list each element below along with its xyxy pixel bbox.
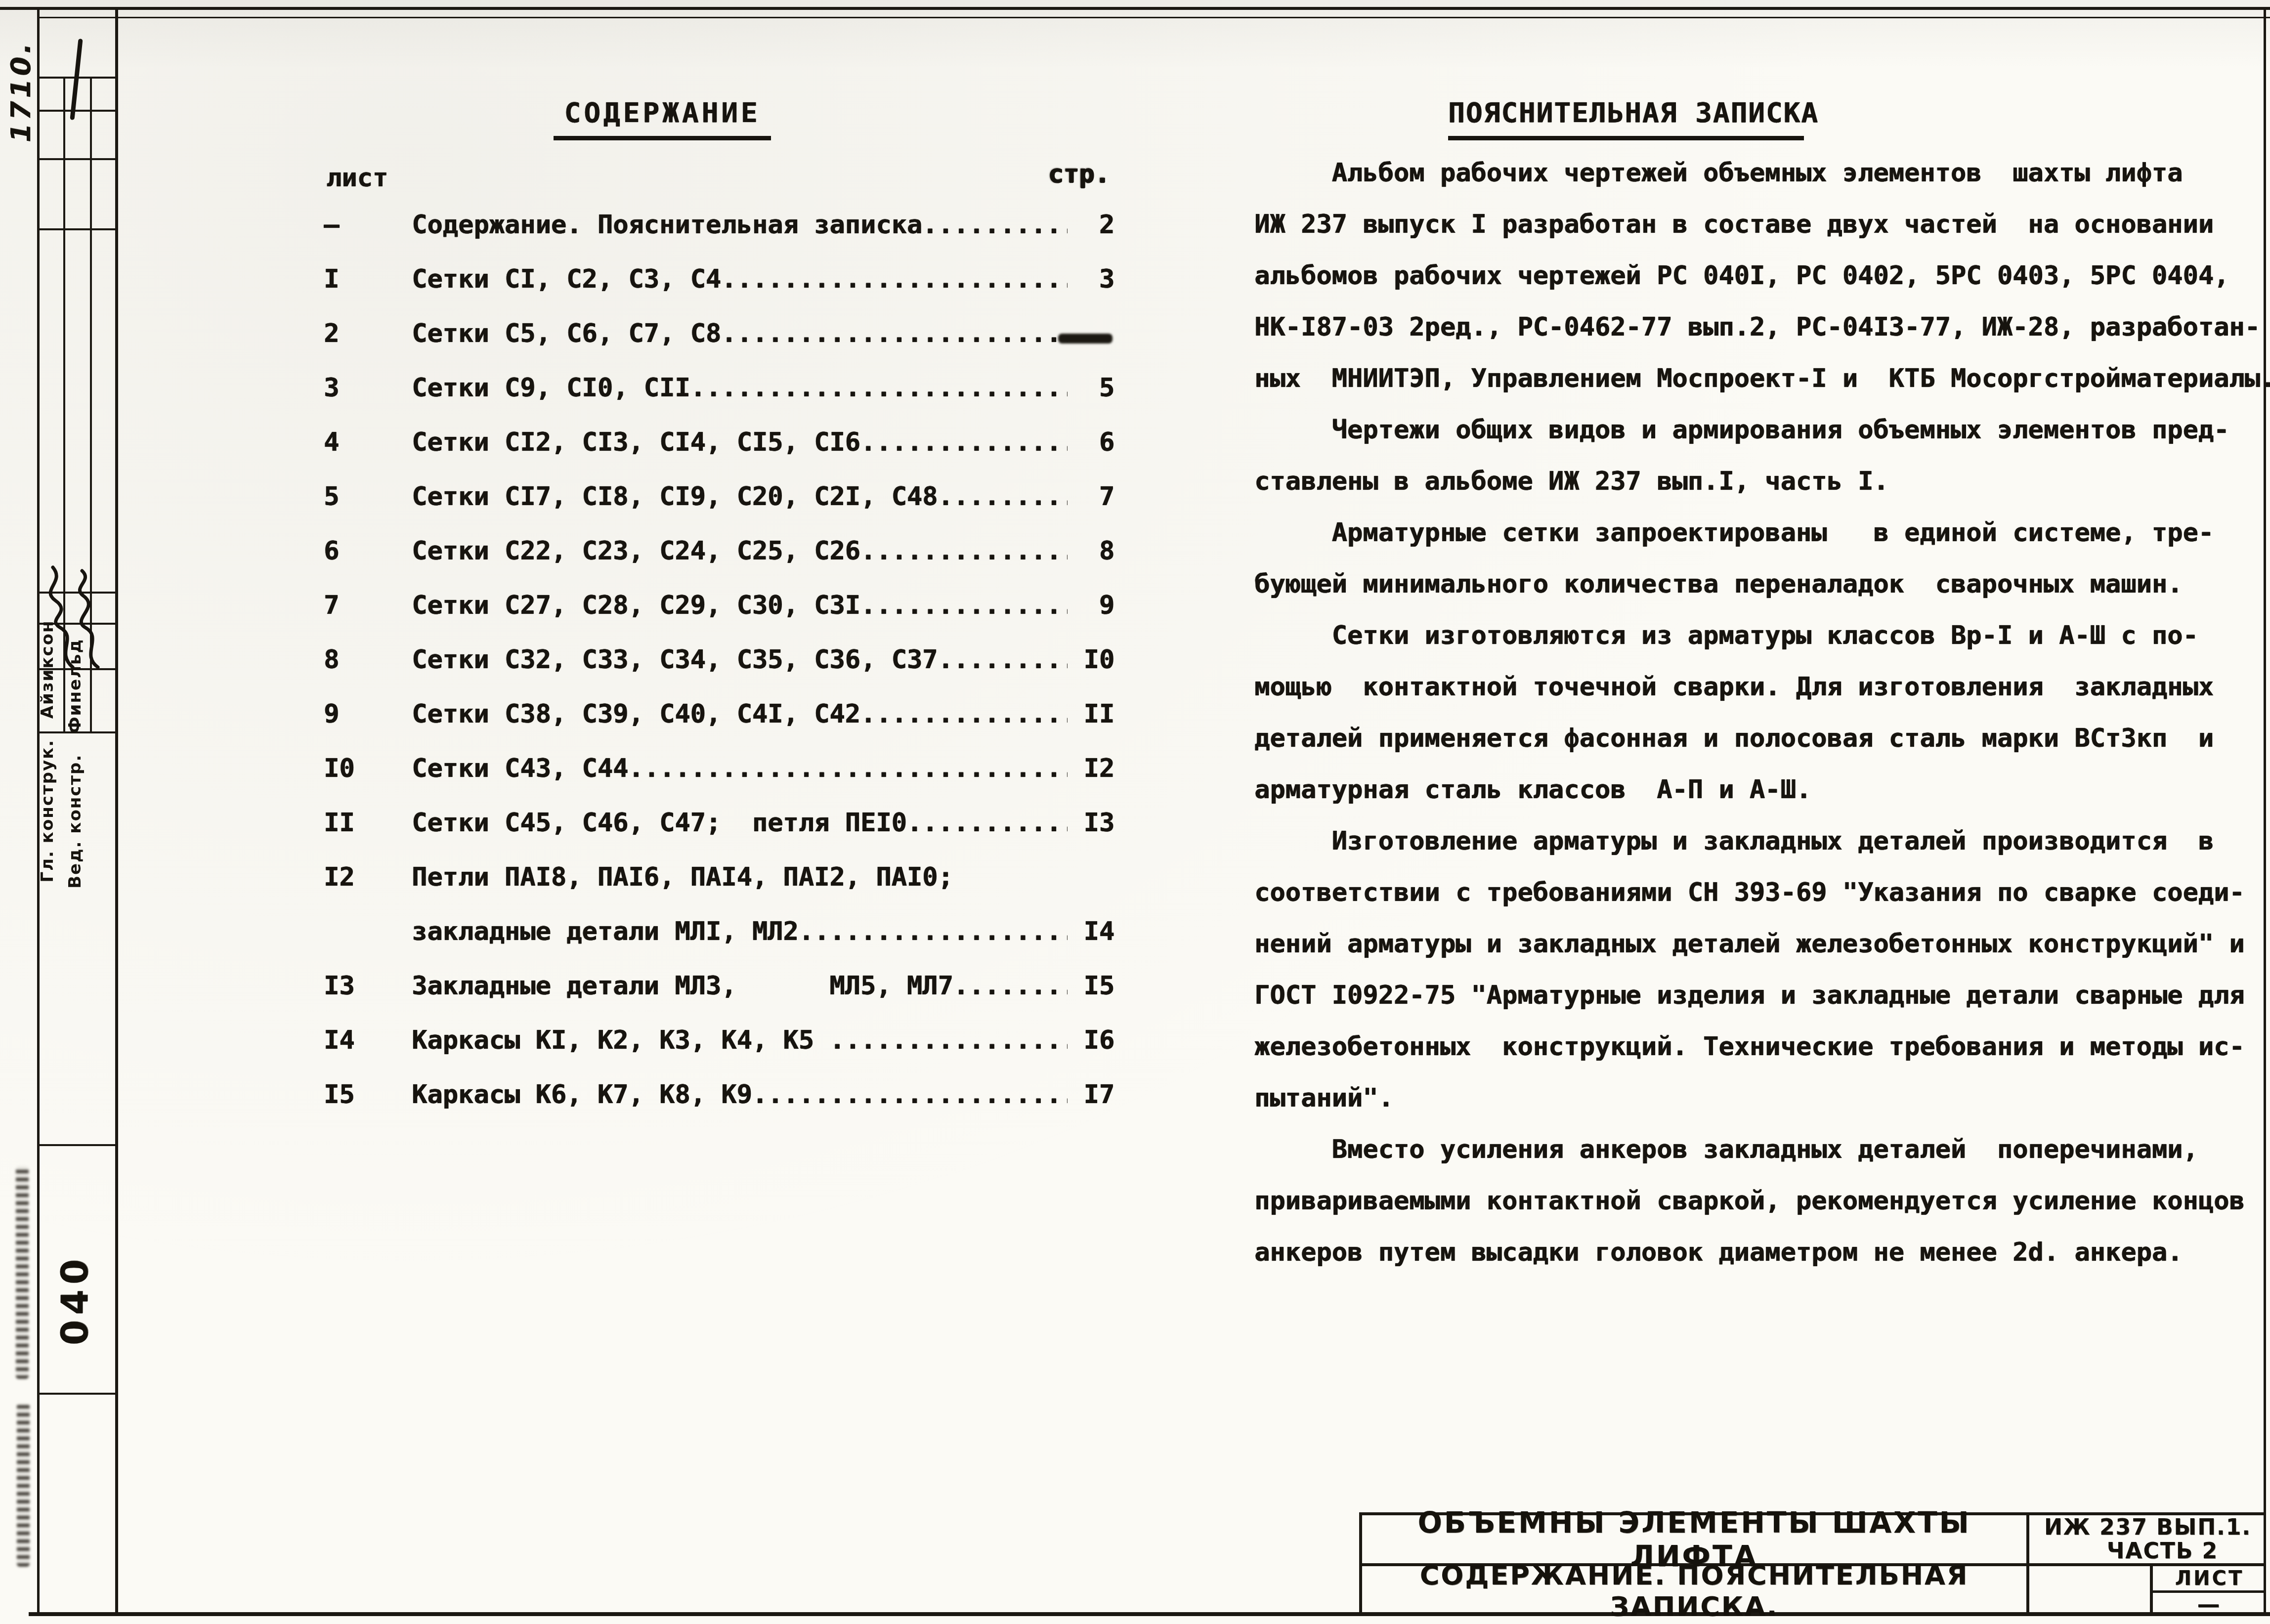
note-text-line: арматурная сталь классов А-П и А-Ш.	[1254, 764, 1811, 815]
frame-top-rule-inner	[37, 17, 2270, 18]
titleblock-subtitle: Содержание. Пояснительная записка.	[1362, 1566, 2026, 1615]
note-text-line: ных МНИИТЭП, Управлением Моспроект-I и К…	[1254, 353, 2270, 404]
dot-leader: ........................................…	[938, 482, 1068, 512]
toc-row-line: I0Сетки С43, С44........................…	[324, 741, 1114, 796]
note-text-line: Чертежи общих видов и армирования объемн…	[1254, 404, 2229, 456]
dot-leader: ........................................…	[907, 808, 1068, 838]
toc-page-number: I2	[1068, 754, 1114, 783]
toc-entry-title: Сетки С27, С28, С29, С30, С3I	[412, 591, 860, 620]
dot-leader: ........................................…	[860, 699, 1068, 729]
dot-leader: ........................................…	[799, 917, 1068, 946]
toc-row-line: 4Сетки СI2, СI3, СI4, СI5, СI6..........…	[324, 415, 1114, 470]
dot-leader: ........................................…	[752, 1080, 1068, 1110]
note-text-line: мощью контактной точечной сварки. Для из…	[1254, 661, 2214, 713]
titleblock-project: Объемны элементы шахты лифта	[1362, 1515, 2026, 1563]
toc-row-line: I5Каркасы К6, К7, К8, К9................…	[324, 1068, 1114, 1122]
stamp-grid-hline	[37, 1144, 118, 1146]
stamp-grid-hline	[37, 110, 118, 112]
toc-entry-title: Сетки С43, С44	[412, 754, 628, 783]
toc-row-line: I2Петли ПАI8, ПАI6, ПАI4, ПАI2, ПАI0;	[324, 850, 1114, 904]
toc-entry-title: Сетки СI, С2, С3, С4	[412, 264, 721, 294]
toc-page-number: 8	[1068, 536, 1114, 566]
handwritten-mark-1	[70, 39, 83, 120]
toc-page-number: 9	[1068, 591, 1114, 620]
toc-row-line: 2Сетки С5, С6, С7, С8...................…	[324, 306, 1114, 361]
note-text-line: пытаний".	[1254, 1072, 1394, 1124]
toc-entry-title: Каркасы К6, К7, К8, К9	[412, 1080, 752, 1110]
note-text-line: Изготовление арматуры и закладных детале…	[1254, 815, 2214, 867]
titleblock-doc-number: ИЖ 237 вып.1. часть 2	[2029, 1515, 2266, 1563]
note-text-line: ИЖ 237 выпуск I разработан в составе дву…	[1254, 199, 2214, 250]
toc-entry-title: Сетки С9, СI0, СII	[412, 373, 690, 403]
toc-page-number: 5	[1068, 373, 1114, 403]
toc-entry-title: закладные детали МЛI, МЛ2	[412, 917, 799, 946]
contents-title: СОДЕРЖАНИЕ	[554, 97, 771, 140]
toc-sheet-number: I2	[324, 862, 412, 892]
toc-page-number: I4	[1068, 917, 1114, 946]
note-text-line: нений арматуры и закладных деталей желез…	[1254, 918, 2245, 970]
dot-leader: ........................................…	[690, 373, 1068, 403]
handwritten-top-number: 1710.	[5, 40, 37, 142]
toc-entry-title: Сетки СI2, СI3, СI4, СI5, СI6	[412, 427, 860, 457]
note-text-line: альбомов рабочих чертежей РС 040I, РС 04…	[1254, 250, 2229, 301]
frame-top-rule	[0, 7, 2270, 10]
toc-page-number: I7	[1068, 1080, 1114, 1110]
toc-row-line: 9Сетки С38, С39, С40, С4I, С42..........…	[324, 687, 1114, 741]
toc-row-line: 5Сетки СI7, СI8, СI9, С20, С2I, С48.....…	[324, 470, 1114, 524]
toc-page-number: I6	[1068, 1026, 1114, 1055]
note-text-line: привариваемыми контактной сваркой, реком…	[1254, 1175, 2245, 1227]
dot-leader: ........................................…	[938, 645, 1068, 675]
toc-sheet-number: 6	[324, 536, 412, 566]
scanned-sheet: { "sheet": { "contents": { "title": "СОД…	[0, 0, 2270, 1624]
toc-page-number: II	[1068, 699, 1114, 729]
note-text-line: Арматурные сетки запроектированы в едино…	[1254, 507, 2214, 558]
toc-sheet-number: 9	[324, 699, 412, 729]
toc-sheet-number: I0	[324, 754, 412, 783]
toc-sheet-number: –	[324, 210, 412, 240]
note-text-line: железобетонных конструкций. Технические …	[1254, 1021, 2245, 1072]
toc-sheet-number: I4	[324, 1026, 412, 1055]
toc-entry-title: Содержание. Пояснительная записка.	[412, 210, 938, 240]
note-text-line: Сетки изготовляются из арматуры классов …	[1254, 610, 2198, 661]
toc-entry-title: Сетки СI7, СI8, СI9, С20, С2I, С48	[412, 482, 938, 512]
toc-entry-title: Сетки С32, С33, С34, С35, С36, С37	[412, 645, 938, 675]
dot-leader: ........................................…	[721, 319, 1068, 348]
stamp-grid-hline	[37, 1393, 118, 1395]
toc-sheet-number: 3	[324, 373, 412, 403]
illegible-vertical-text	[16, 1166, 29, 1379]
toc-row-line: 7Сетки С27, С28, С29, С30, С3I..........…	[324, 578, 1114, 633]
stamp-grid-hline	[37, 228, 118, 230]
signer-role: Вед. констр.	[65, 754, 85, 889]
toc-page-number: 7	[1068, 482, 1114, 512]
toc-row-line: I4Каркасы КI, К2, К3, К4, К5 ...........…	[324, 1013, 1114, 1068]
toc-page-number: 3	[1068, 264, 1114, 294]
dot-leader: ........................................…	[860, 536, 1068, 566]
note-text-line: бующей минимального количества переналад…	[1254, 558, 2183, 610]
toc-page-number: I3	[1068, 808, 1114, 838]
title-block: Объемны элементы шахты лифта ИЖ 237 вып.…	[1359, 1512, 2266, 1615]
signer-role: Гл. конструк.	[38, 739, 57, 883]
toc-row-line: IIСетки С45, С46, С47; петля ПЕI0.......…	[324, 796, 1114, 850]
dot-leader: ........................................…	[938, 210, 1068, 240]
frame-right-rule	[2264, 7, 2266, 1616]
note-text-line: анкеров путем высадки головок диаметром …	[1254, 1227, 2183, 1278]
note-text-line: деталей применяется фасонная и полосовая…	[1254, 713, 2214, 764]
note-text-line: Вместо усиления анкеров закладных детале…	[1254, 1124, 2198, 1175]
toc-sheet-number: 2	[324, 319, 412, 348]
toc-page-number: 6	[1068, 427, 1114, 457]
titleblock-sheet-value: —	[2153, 1593, 2266, 1615]
toc-sheet-number: 7	[324, 591, 412, 620]
toc-row-line: IСетки СI, С2, С3, С4...................…	[324, 252, 1114, 306]
note-text-line: соответствии с требованиями СН 393-69 "У…	[1254, 867, 2245, 918]
margin-strip-right-rule	[115, 7, 118, 1616]
toc-sheet-number: I3	[324, 971, 412, 1001]
dot-leader: ........................................…	[829, 1026, 1068, 1055]
note-text-line: ГОСТ I0922-75 "Арматурные изделия и закл…	[1254, 970, 2245, 1021]
contents-col-page: стр.	[1048, 159, 1110, 189]
toc-entry-title: Петли ПАI8, ПАI6, ПАI4, ПАI2, ПАI0;	[412, 862, 953, 892]
toc-entry-title: Сетки С45, С46, С47; петля ПЕI0	[412, 808, 907, 838]
doc-number-line: ИЖ 237 вып.1.	[2044, 1516, 2251, 1539]
toc-entry-title: Сетки С22, С23, С24, С25, С26	[412, 536, 860, 566]
note-text-line: ставлены в альбоме ИЖ 237 вып.I, часть I…	[1254, 456, 1889, 507]
dot-leader: ........................................…	[628, 754, 1068, 783]
toc-row-line: –Содержание. Пояснительная записка......…	[324, 198, 1114, 252]
dot-leader: ........................................…	[860, 591, 1068, 620]
toc-sheet-number: I	[324, 264, 412, 294]
dot-leader: ........................................…	[860, 427, 1068, 457]
note-text-line: Альбом рабочих чертежей объемных элемент…	[1254, 147, 2183, 199]
toc-row-line: закладные детали МЛI, МЛ2...............…	[324, 904, 1114, 959]
contents-col-sheet: лист	[326, 163, 388, 193]
dot-leader: ........................................…	[953, 971, 1068, 1001]
ink-blot	[1058, 334, 1113, 343]
toc-row-line: 6Сетки С22, С23, С24, С25, С26..........…	[324, 524, 1114, 578]
toc-sheet-number: II	[324, 808, 412, 838]
doc-part-line: часть 2	[2107, 1539, 2218, 1563]
toc-row-line: I3Закладные детали МЛ3, МЛ5, МЛ7........…	[324, 959, 1114, 1013]
toc-sheet-number: I5	[324, 1080, 412, 1110]
toc-sheet-number: 5	[324, 482, 412, 512]
signer-lead-constructor: Вед. констр. Финельд	[65, 639, 85, 889]
note-title: ПОЯСНИТЕЛЬНАЯ ЗАПИСКА	[1448, 97, 1804, 140]
toc-entry-title: Сетки С5, С6, С7, С8	[412, 319, 721, 348]
note-text-line: НК-I87-03 2ред., РС-0462-77 вып.2, РС-04…	[1254, 301, 2260, 353]
toc-page-number: 2	[1068, 210, 1114, 240]
toc-sheet-number: 8	[324, 645, 412, 675]
signature	[58, 568, 113, 672]
toc-entry-title: Каркасы КI, К2, К3, К4, К5	[412, 1026, 829, 1055]
illegible-vertical-text	[17, 1404, 30, 1567]
dot-leader: ........................................…	[721, 264, 1068, 294]
toc-page-number: I0	[1068, 645, 1114, 675]
titleblock-sheet-label: лист	[2153, 1566, 2266, 1590]
toc-page-number: I5	[1068, 971, 1114, 1001]
toc-entry-title: Сетки С38, С39, С40, С4I, С42	[412, 699, 860, 729]
handwritten-job-number: 040	[54, 1254, 96, 1345]
toc-entry-title: Закладные детали МЛ3, МЛ5, МЛ7	[412, 971, 953, 1001]
toc-row-line: 8Сетки С32, С33, С34, С35, С36, С37.....…	[324, 633, 1114, 687]
toc-sheet-number: 4	[324, 427, 412, 457]
stamp-grid-hline	[37, 158, 118, 160]
toc-row-line: 3Сетки С9, СI0, СII.....................…	[324, 361, 1114, 415]
